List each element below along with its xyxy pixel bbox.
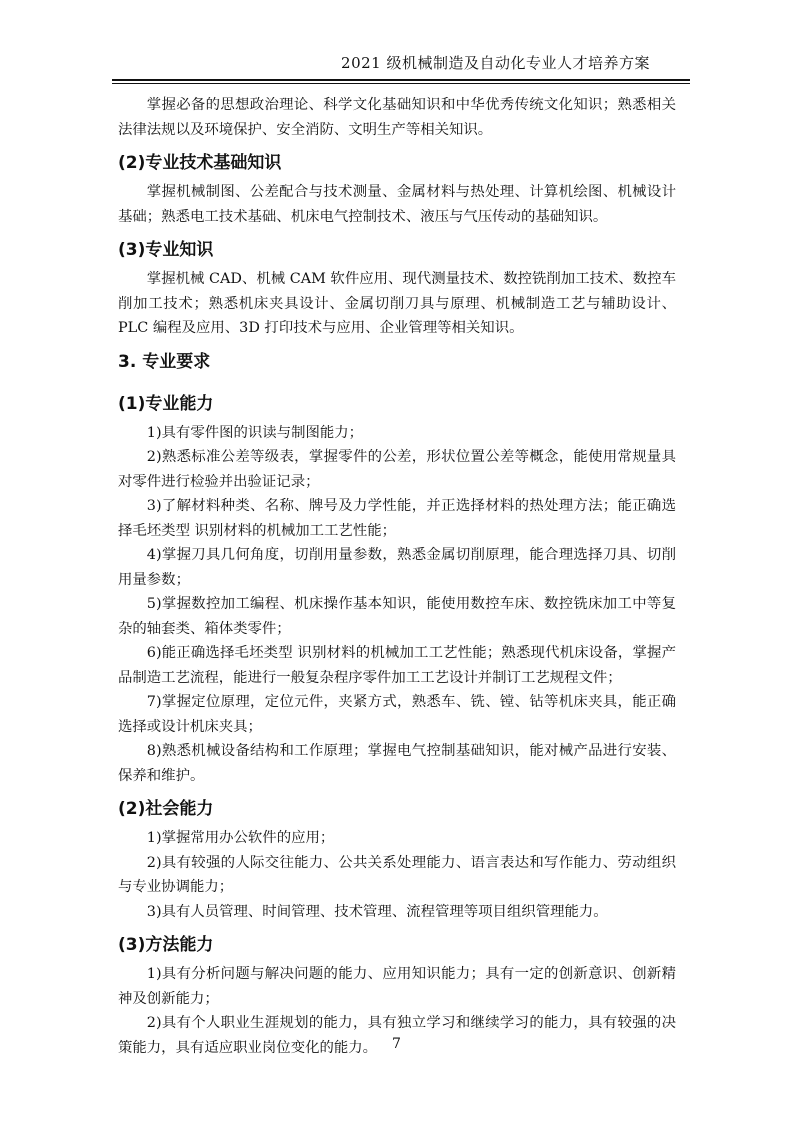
heading-social-ability: (2)社会能力	[118, 794, 676, 824]
list-item: 3)具有人员管理、时间管理、技术管理、流程管理等项目组织管理能力。	[118, 900, 676, 925]
header-divider	[112, 79, 690, 81]
list-item: 8)熟悉机械设备结构和工作原理；掌握电气控制基础知识，能对械产品进行安装、保养和…	[118, 739, 676, 788]
document-title: 2021 级机械制造及自动化专业人才培养方案	[112, 53, 690, 73]
document-body: 掌握必备的思想政治理论、科学文化基础知识和中华优秀传统文化知识；熟悉相关法律法规…	[118, 93, 676, 1060]
header-divider-thin	[112, 83, 690, 84]
page-number: 7	[0, 1036, 793, 1052]
heading-professional-knowledge: (3)专业知识	[118, 235, 676, 265]
heading-method-ability: (3)方法能力	[118, 930, 676, 960]
heading-professional-ability: (1)专业能力	[118, 389, 676, 419]
page-header: 2021 级机械制造及自动化专业人才培养方案	[112, 53, 690, 84]
paragraph-foundation-knowledge: 掌握机械制图、公差配合与技术测量、金属材料与热处理、计算机绘图、机械设计基础；熟…	[118, 180, 676, 229]
list-item: 6)能正确选择毛坯类型 识别材料的机械加工工艺性能；熟悉现代机床设备，掌握产品制…	[118, 641, 676, 690]
heading-professional-requirements: 3. 专业要求	[118, 347, 676, 377]
list-item: 5)掌握数控加工编程、机床操作基本知识，能使用数控车床、数控铣床加工中等复杂的轴…	[118, 592, 676, 641]
list-item: 1)掌握常用办公软件的应用；	[118, 826, 676, 851]
paragraph-professional-knowledge: 掌握机械 CAD、机械 CAM 软件应用、现代测量技术、数控铣削加工技术、数控车…	[118, 267, 676, 341]
list-item: 7)掌握定位原理，定位元件，夹紧方式，熟悉车、铣、镗、钻等机床夹具，能正确选择或…	[118, 690, 676, 739]
list-item: 3)了解材料种类、名称、牌号及力学性能，并正选择材料的热处理方法；能正确选择毛坯…	[118, 494, 676, 543]
list-item: 1)具有零件图的识读与制图能力；	[118, 421, 676, 446]
list-item: 1)具有分析问题与解决问题的能力、应用知识能力；具有一定的创新意识、创新精神及创…	[118, 962, 676, 1011]
list-item: 2)具有较强的人际交往能力、公共关系处理能力、语言表达和写作能力、劳动组织与专业…	[118, 851, 676, 900]
heading-professional-foundation: (2)专业技术基础知识	[118, 148, 676, 178]
paragraph-general-knowledge: 掌握必备的思想政治理论、科学文化基础知识和中华优秀传统文化知识；熟悉相关法律法规…	[118, 93, 676, 142]
list-item: 4)掌握刀具几何角度，切削用量参数，熟悉金属切削原理，能合理选择刀具、切削用量参…	[118, 543, 676, 592]
list-item: 2)熟悉标准公差等级表，掌握零件的公差，形状位置公差等概念，能使用常规量具对零件…	[118, 445, 676, 494]
